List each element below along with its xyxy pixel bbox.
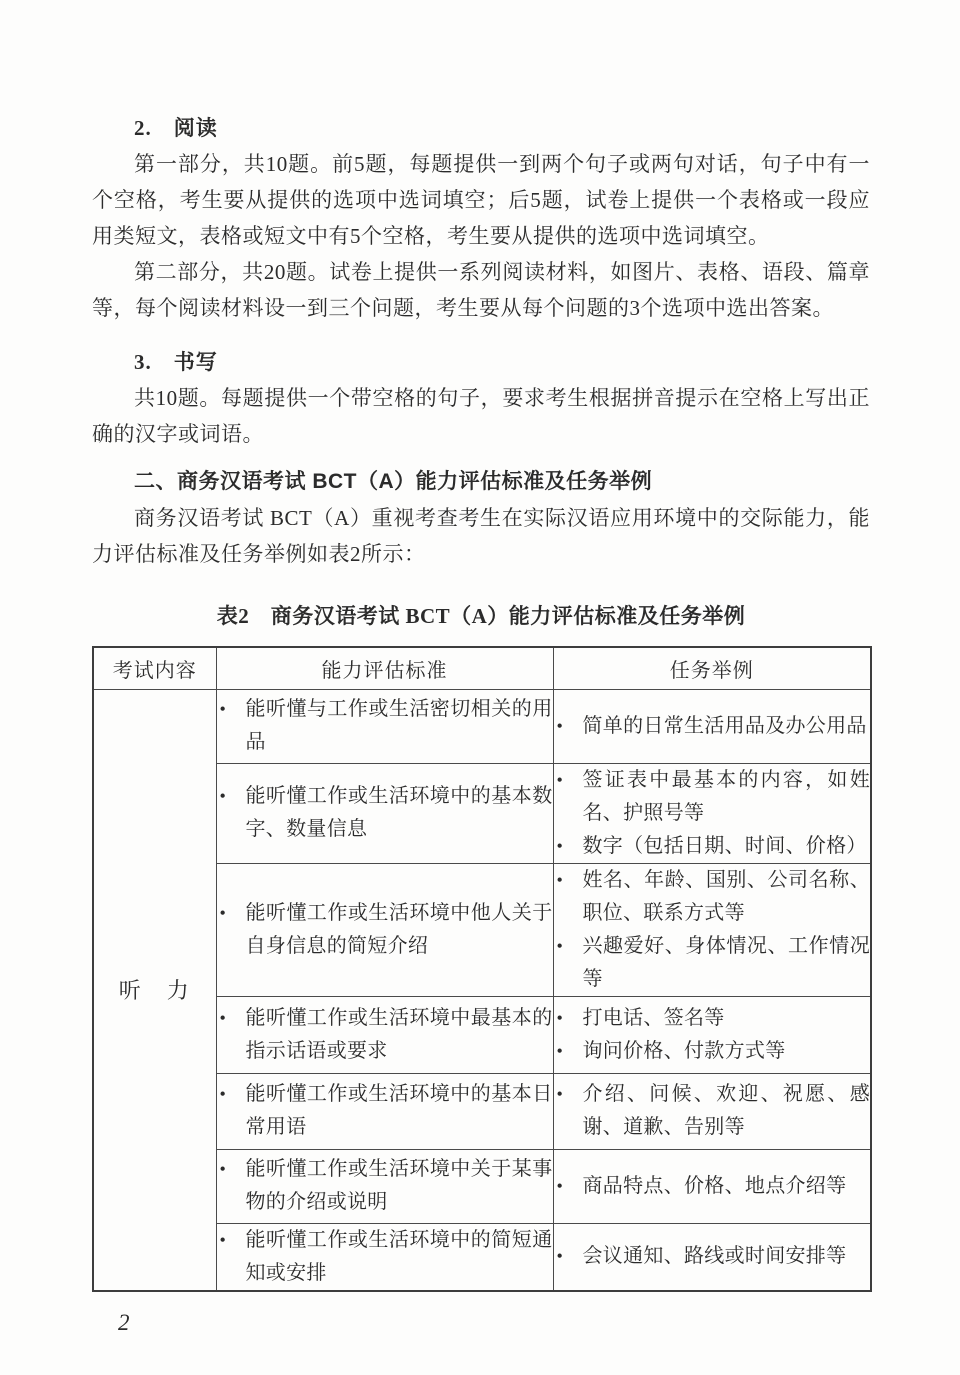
page-number: 2 [92,1308,870,1338]
list-item: •能听懂工作或生活环境中的基本日常用语 [217,1078,553,1144]
standard-cell: •能听懂工作或生活环境中的基本数字、数量信息 [216,763,553,863]
list-item: •姓名、年龄、国别、公司名称、职位、联系方式等 [554,864,871,930]
bullet-icon: • [217,897,246,930]
bullet-icon: • [217,780,246,813]
section-heading-writing: 3. 书写 [92,344,870,380]
task-cell: •简单的日常生活用品及办公用品 [553,689,871,763]
standard-cell: •能听懂与工作或生活密切相关的用品 [216,689,553,763]
list-item: •数字（包括日期、时间、价格） [554,830,871,863]
task-cell: •姓名、年龄、国别、公司名称、职位、联系方式等 •兴趣爱好、身体情况、工作情况等 [553,863,871,996]
paragraph-reading-part1: 第一部分，共10题。前5题，每题提供一到两个句子或两句对话，句子中有一个空格，考… [92,146,870,254]
bullet-icon: • [554,710,583,743]
table-header-row: 考试内容 能力评估标准 任务举例 [93,647,871,689]
bullet-icon: • [554,1035,583,1068]
task-text: 姓名、年龄、国别、公司名称、职位、联系方式等 [583,864,871,930]
table-row: 听 力 •能听懂与工作或生活密切相关的用品 •简单的日常生活用品及办公用品 [93,689,871,763]
list-item: •兴趣爱好、身体情况、工作情况等 [554,930,871,996]
list-item: •介绍、问候、欢迎、祝愿、感谢、道歉、告别等 [554,1078,871,1144]
bullet-icon: • [554,1078,583,1111]
standard-text: 能听懂工作或生活环境中的简短通知或安排 [246,1224,553,1290]
bullet-icon: • [554,1170,583,1203]
header-ability-standard: 能力评估标准 [216,647,553,689]
bullet-icon: • [217,1078,246,1111]
section-heading-bct-a: 二、商务汉语考试 BCT（A）能力评估标准及任务举例 [92,464,870,500]
task-text: 签证表中最基本的内容，如姓名、护照号等 [583,764,871,830]
standard-cell: •能听懂工作或生活环境中他人关于自身信息的简短介绍 [216,863,553,996]
header-exam-content: 考试内容 [93,647,216,689]
list-item: •能听懂工作或生活环境中的基本数字、数量信息 [217,780,553,846]
bullet-icon: • [554,864,583,897]
task-text: 商品特点、价格、地点介绍等 [583,1170,871,1203]
list-item: •询问价格、付款方式等 [554,1035,871,1068]
standard-cell: •能听懂工作或生活环境中的基本日常用语 [216,1073,553,1149]
paragraph-reading-part2: 第二部分，共20题。试卷上提供一系列阅读材料，如图片、表格、语段、篇章等，每个阅… [92,254,870,326]
list-item: •会议通知、路线或时间安排等 [554,1240,871,1273]
task-text: 简单的日常生活用品及办公用品 [583,710,871,743]
task-text: 询问价格、付款方式等 [583,1035,871,1068]
bullet-icon: • [217,1002,246,1035]
table-title: 表2 商务汉语考试 BCT（A）能力评估标准及任务举例 [92,598,870,634]
bct-ability-table: 考试内容 能力评估标准 任务举例 听 力 •能听懂与工作或生活密切相关的用品 •… [92,646,872,1292]
section-heading-reading: 2. 阅读 [92,110,870,146]
standard-text: 能听懂工作或生活环境中的基本日常用语 [246,1078,553,1144]
list-item: •能听懂工作或生活环境中他人关于自身信息的简短介绍 [217,897,553,963]
task-text: 介绍、问候、欢迎、祝愿、感谢、道歉、告别等 [583,1078,871,1144]
list-item: •能听懂工作或生活环境中的简短通知或安排 [217,1224,553,1290]
scanned-document-page: 2. 阅读 第一部分，共10题。前5题，每题提供一到两个句子或两句对话，句子中有… [0,0,960,1375]
list-item: •能听懂工作或生活环境中最基本的指示话语或要求 [217,1002,553,1068]
paragraph-bct-a-intro: 商务汉语考试 BCT（A）重视考查考生在实际汉语应用环境中的交际能力，能力评估标… [92,500,870,572]
task-text: 打电话、签名等 [583,1002,871,1035]
bullet-icon: • [554,930,583,963]
standard-text: 能听懂工作或生活环境中的基本数字、数量信息 [246,780,553,846]
standard-text: 能听懂工作或生活环境中最基本的指示话语或要求 [246,1002,553,1068]
list-item: •能听懂工作或生活环境中关于某事物的介绍或说明 [217,1153,553,1219]
bullet-icon: • [217,693,246,726]
paragraph-writing: 共10题。每题提供一个带空格的句子，要求考生根据拼音提示在空格上写出正确的汉字或… [92,380,870,452]
task-cell: •会议通知、路线或时间安排等 [553,1223,871,1291]
task-cell: •打电话、签名等 •询问价格、付款方式等 [553,996,871,1073]
task-cell: •商品特点、价格、地点介绍等 [553,1149,871,1223]
task-text: 兴趣爱好、身体情况、工作情况等 [583,930,871,996]
standard-cell: •能听懂工作或生活环境中的简短通知或安排 [216,1223,553,1291]
list-item: •签证表中最基本的内容，如姓名、护照号等 [554,764,871,830]
list-item: •商品特点、价格、地点介绍等 [554,1170,871,1203]
bullet-icon: • [554,1002,583,1035]
list-item: •能听懂与工作或生活密切相关的用品 [217,693,553,759]
standard-text: 能听懂工作或生活环境中关于某事物的介绍或说明 [246,1153,553,1219]
standard-cell: •能听懂工作或生活环境中最基本的指示话语或要求 [216,996,553,1073]
list-item: •打电话、签名等 [554,1002,871,1035]
bullet-icon: • [217,1153,246,1186]
list-item: •简单的日常生活用品及办公用品 [554,710,871,743]
bullet-icon: • [554,830,583,863]
bullet-icon: • [554,1240,583,1273]
standard-text: 能听懂工作或生活环境中他人关于自身信息的简短介绍 [246,897,553,963]
page-content: 2. 阅读 第一部分，共10题。前5题，每题提供一到两个句子或两句对话，句子中有… [92,0,870,1338]
task-text: 数字（包括日期、时间、价格） [583,830,871,863]
row-group-listening: 听 力 [93,689,216,1291]
bullet-icon: • [217,1224,246,1257]
header-task-examples: 任务举例 [553,647,871,689]
task-text: 会议通知、路线或时间安排等 [583,1240,871,1273]
standard-text: 能听懂与工作或生活密切相关的用品 [246,693,553,759]
standard-cell: •能听懂工作或生活环境中关于某事物的介绍或说明 [216,1149,553,1223]
bullet-icon: • [554,764,583,797]
task-cell: •签证表中最基本的内容，如姓名、护照号等 •数字（包括日期、时间、价格） [553,763,871,863]
task-cell: •介绍、问候、欢迎、祝愿、感谢、道歉、告别等 [553,1073,871,1149]
